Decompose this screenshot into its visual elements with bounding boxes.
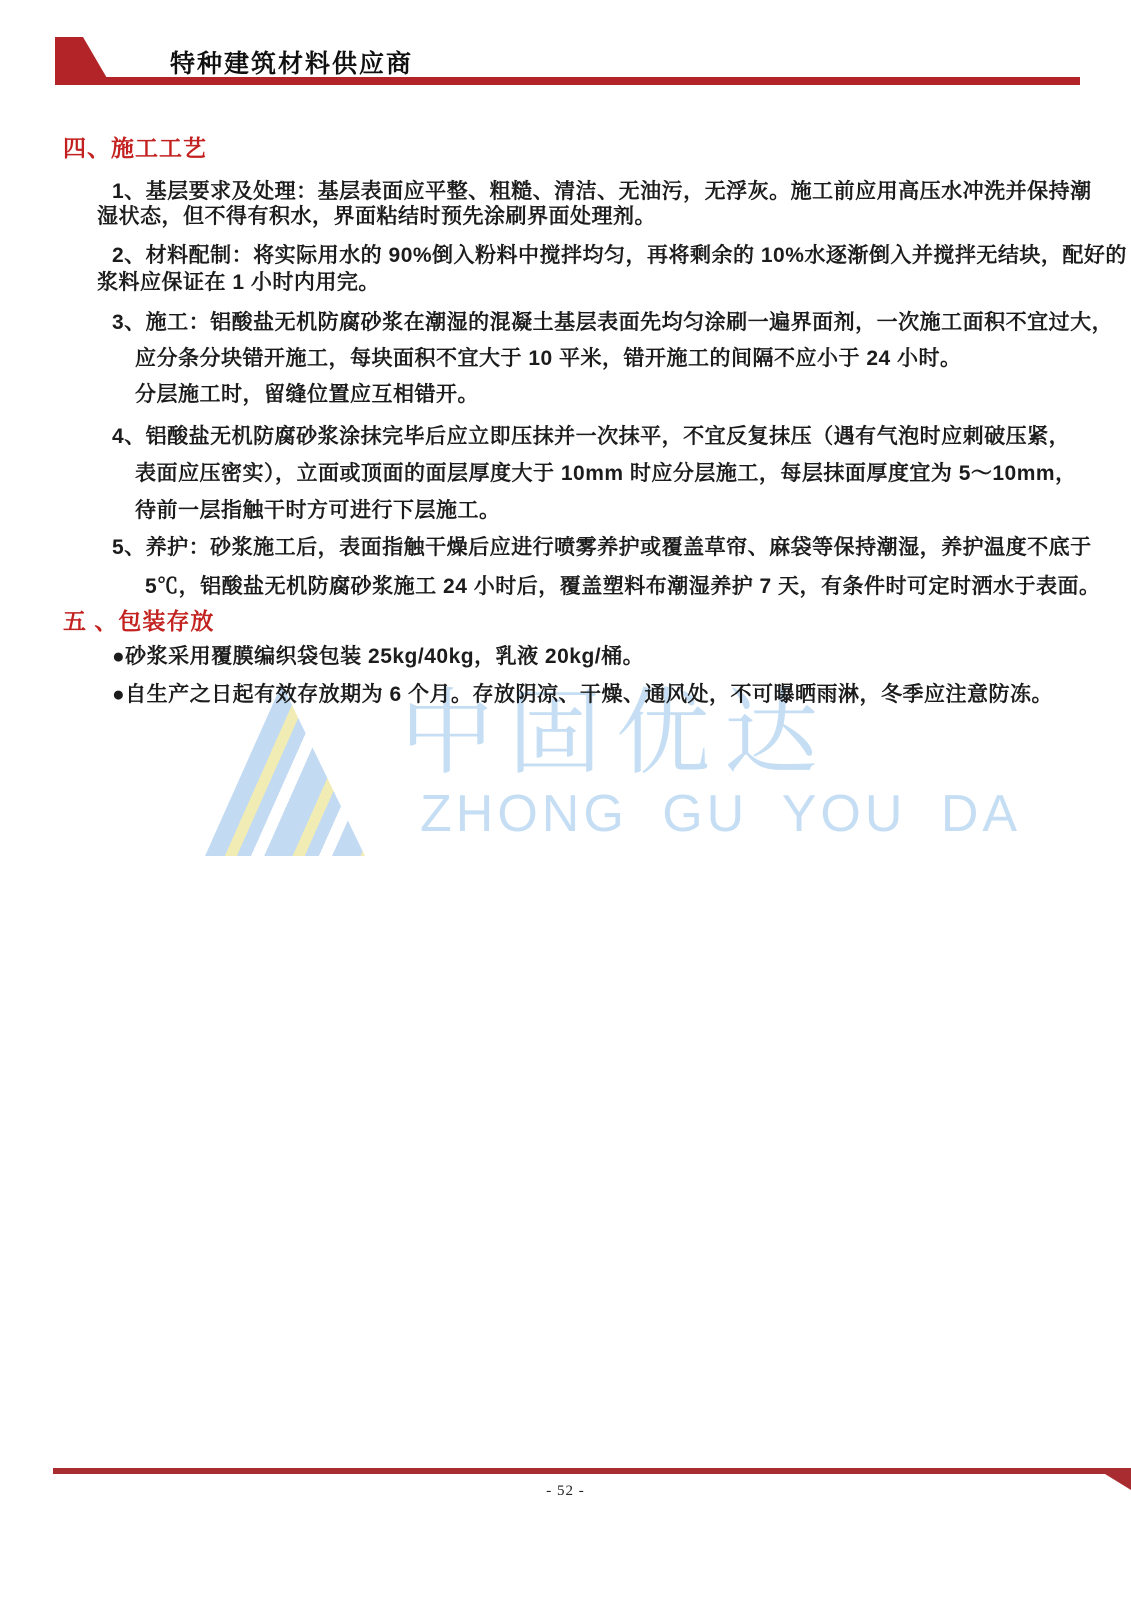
paragraph-line: 5、养护：砂浆施工后，表面指触干燥后应进行喷雾养护或覆盖草帘、麻袋等保持潮湿，养… [112,536,1092,559]
footer-rule [53,1468,1131,1474]
bullet-line: ●自生产之日起有效存放期为 6 个月。存放阴凉、干燥、通风处，不可曝晒雨淋，冬季… [112,683,1053,706]
paragraph-line: 待前一层指触干时方可进行下层施工。 [135,499,501,522]
paragraph-line: 2、材料配制：将实际用水的 90%倒入粉料中搅拌均匀，再将剩余的 10%水逐渐倒… [112,244,1127,267]
watermark-company-name-en: ZHONG GU YOU DA [420,788,1021,840]
paragraph-line: 表面应压密实），立面或顶面的面层厚度大于 10mm 时应分层施工，每层抹面厚度宜… [135,462,1077,485]
paragraph-line: 湿状态，但不得有积水，界面粘结时预先涂刷界面处理剂。 [97,205,656,228]
document-page: 特种建筑材料供应商 中固优达 ZHONG GU YOU DA 四、施工工艺 1、… [0,0,1131,1600]
page-number: - 52 - [0,1483,1131,1500]
watermark-triangle-logo-icon [205,684,365,856]
header-brand-title: 特种建筑材料供应商 [170,44,413,80]
paragraph-line: 4、铝酸盐无机防腐砂浆涂抹完毕后应立即压抹并一次抹平，不宜反复抹压（遇有气泡时应… [112,425,1070,448]
paragraph-line: 分层施工时，留缝位置应互相错开。 [135,383,479,406]
paragraph-line: 应分条分块错开施工，每块面积不宜大于 10 平米，错开施工的间隔不应小于 24 … [135,347,962,370]
paragraph-line: 5℃，铝酸盐无机防腐砂浆施工 24 小时后，覆盖塑料布潮湿养护 7 天，有条件时… [145,575,1101,598]
paragraph-line: 1、基层要求及处理：基层表面应平整、粗糙、清洁、无油污，无浮灰。施工前应用高压水… [112,180,1092,203]
section-title-construction-process: 四、施工工艺 [63,136,207,161]
paragraph-line: 浆料应保证在 1 小时内用完。 [97,271,380,294]
paragraph-line: 3、施工：铝酸盐无机防腐砂浆在潮湿的混凝土基层表面先均匀涂刷一遍界面剂，一次施工… [112,311,1113,334]
bullet-line: ●砂浆采用覆膜编织袋包装 25kg/40kg，乳液 20kg/桶。 [112,645,644,668]
section-title-packaging-storage: 五 、包装存放 [63,609,214,634]
